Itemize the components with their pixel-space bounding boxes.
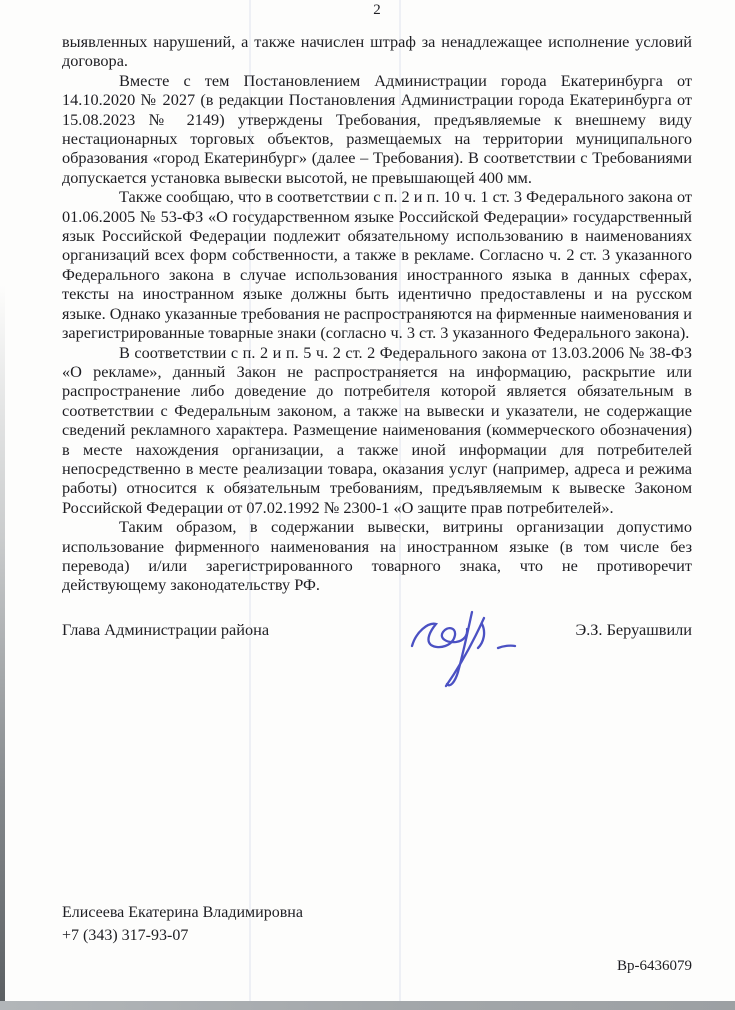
registration-number: Вр-6436079 — [62, 958, 692, 975]
paragraph-continued: выявленных нарушений, а также начислен ш… — [62, 32, 692, 71]
body-text: выявленных нарушений, а также начислен ш… — [62, 32, 692, 595]
document-page: 2 выявленных нарушений, а также начислен… — [0, 0, 735, 1010]
paragraph: В соответствии с п. 2 и п. 5 ч. 2 ст. 2 … — [62, 343, 692, 518]
executor-phone: +7 (343) 317-93-07 — [62, 924, 303, 947]
executor-name: Елисеева Екатерина Владимировна — [62, 901, 303, 924]
signature-block: Глава Администрации района Э.З. Беруашви… — [62, 620, 692, 640]
page-number: 2 — [62, 2, 692, 19]
left-scan-edge — [0, 285, 5, 1010]
paragraph: Также сообщаю, что в соответствии с п. 2… — [62, 187, 692, 342]
bottom-scan-edge — [0, 1001, 735, 1010]
paragraph: Вместе с тем Постановлением Администраци… — [62, 71, 692, 187]
signatory-name: Э.З. Беруашвили — [575, 620, 692, 640]
paragraph: Таким образом, в содержании вывески, вит… — [62, 517, 692, 595]
signature-position-title: Глава Администрации района — [62, 620, 269, 640]
signature-ink — [398, 598, 523, 698]
footer-contact: Елисеева Екатерина Владимировна +7 (343)… — [62, 901, 303, 947]
